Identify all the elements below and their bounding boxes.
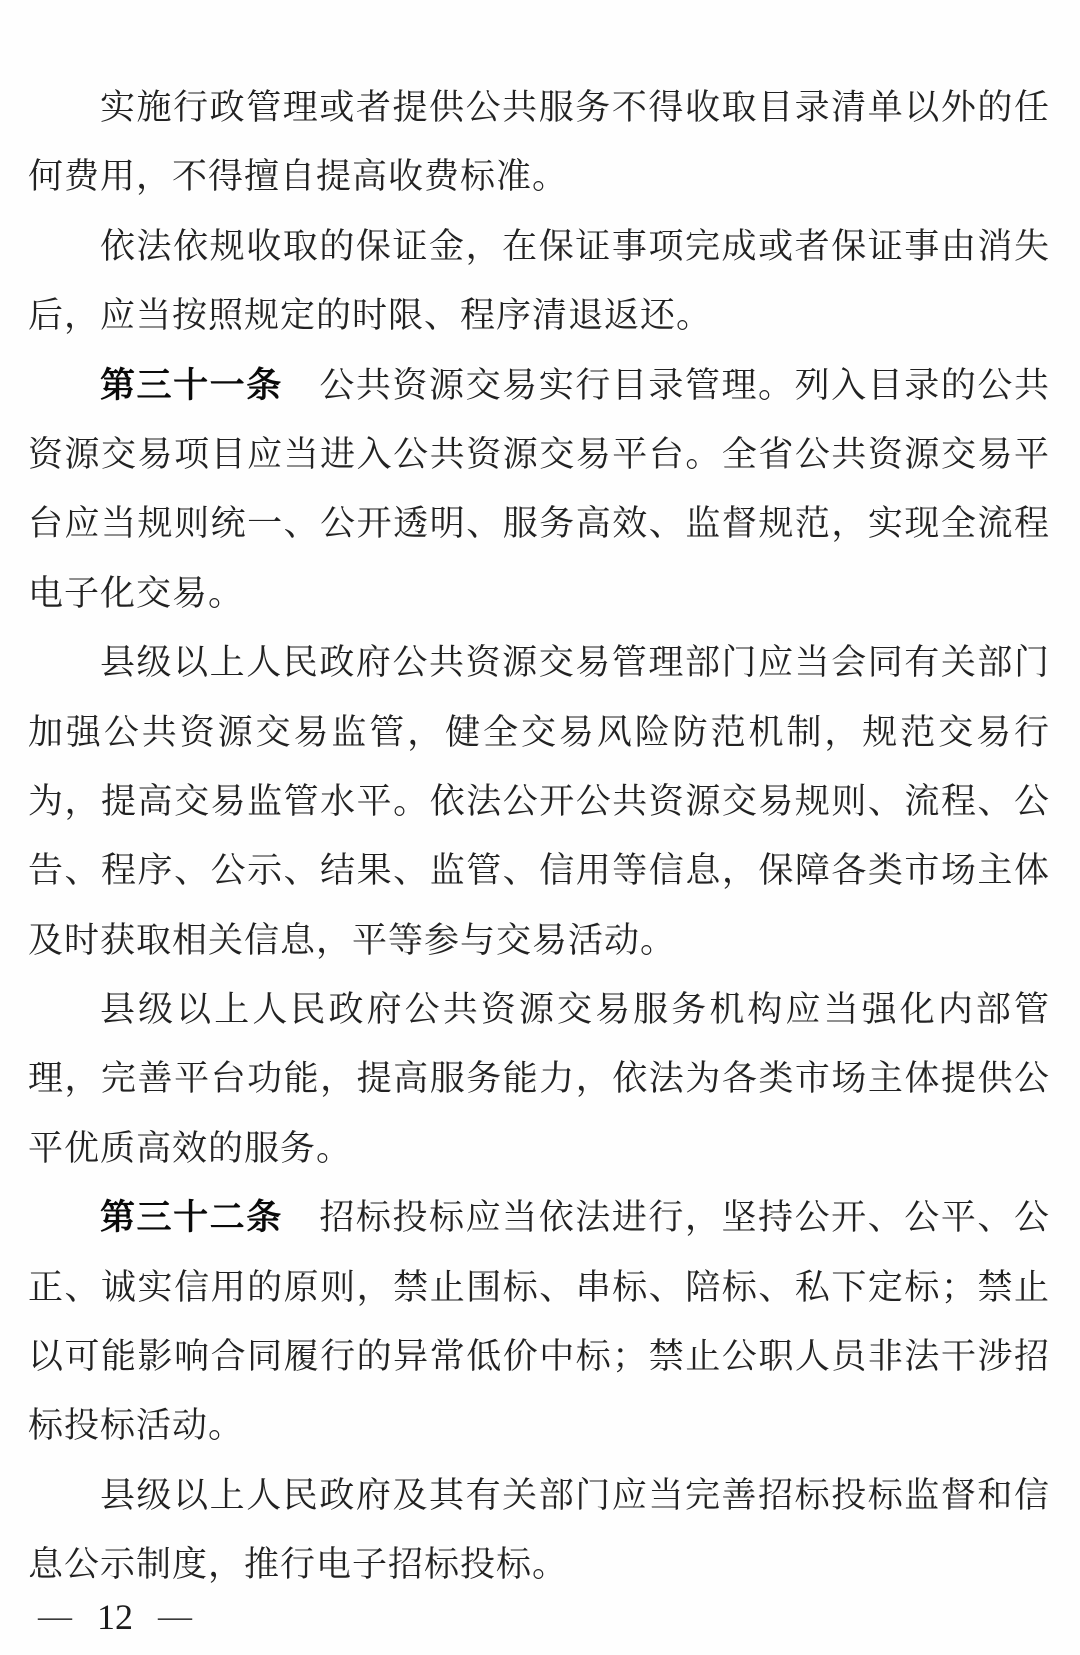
text-line: 后，应当按照规定的时限、程序清退返还。 <box>28 281 1050 350</box>
text-line: 息公示制度，推行电子招标投标。 <box>28 1530 1050 1599</box>
text-line: 资源交易项目应当进入公共资源交易平台。全省公共资源交易平 <box>28 420 1050 489</box>
text-line: 何费用，不得擅自提高收费标准。 <box>28 142 1050 211</box>
page-number: 12 <box>97 1596 133 1638</box>
text-line: 标投标活动。 <box>28 1391 1050 1460</box>
text-line: 理，完善平台功能，提高服务能力，依法为各类市场主体提供公 <box>28 1044 1050 1113</box>
text-line: 电子化交易。 <box>28 559 1050 628</box>
text-line: 台应当规则统一、公开透明、服务高效、监督规范，实现全流程 <box>28 489 1050 558</box>
document-page: 实施行政管理或者提供公共服务不得收取目录清单以外的任何费用，不得擅自提高收费标准… <box>0 0 1080 1655</box>
article-number-heading: 第三十二条 <box>100 1198 283 1237</box>
page-footer: — 12 — <box>38 1594 192 1640</box>
text-line: 以可能影响合同履行的异常低价中标；禁止公职人员非法干涉招 <box>28 1322 1050 1391</box>
text-line: 第三十一条 公共资源交易实行目录管理。列入目录的公共 <box>28 351 1050 420</box>
text-line: 为，提高交易监管水平。依法公开公共资源交易规则、流程、公 <box>28 767 1050 836</box>
footer-dash-left: — <box>38 1598 72 1636</box>
text-line: 第三十二条 招标投标应当依法进行，坚持公开、公平、公 <box>28 1183 1050 1252</box>
text-line: 平优质高效的服务。 <box>28 1114 1050 1183</box>
text-line: 依法依规收取的保证金，在保证事项完成或者保证事由消失 <box>28 212 1050 281</box>
footer-dash-right: — <box>158 1598 192 1636</box>
text-line: 县级以上人民政府公共资源交易服务机构应当强化内部管 <box>28 975 1050 1044</box>
text-line: 实施行政管理或者提供公共服务不得收取目录清单以外的任 <box>28 73 1050 142</box>
text-line: 县级以上人民政府公共资源交易管理部门应当会同有关部门 <box>28 628 1050 697</box>
text-line: 及时获取相关信息，平等参与交易活动。 <box>28 906 1050 975</box>
text-line: 县级以上人民政府及其有关部门应当完善招标投标监督和信 <box>28 1461 1050 1530</box>
text-line: 正、诚实信用的原则，禁止围标、串标、陪标、私下定标；禁止 <box>28 1253 1050 1322</box>
article-number-heading: 第三十一条 <box>100 366 283 405</box>
document-body: 实施行政管理或者提供公共服务不得收取目录清单以外的任何费用，不得擅自提高收费标准… <box>28 73 1050 1600</box>
text-line: 加强公共资源交易监管，健全交易风险防范机制，规范交易行 <box>28 698 1050 767</box>
text-line: 告、程序、公示、结果、监管、信用等信息，保障各类市场主体 <box>28 836 1050 905</box>
